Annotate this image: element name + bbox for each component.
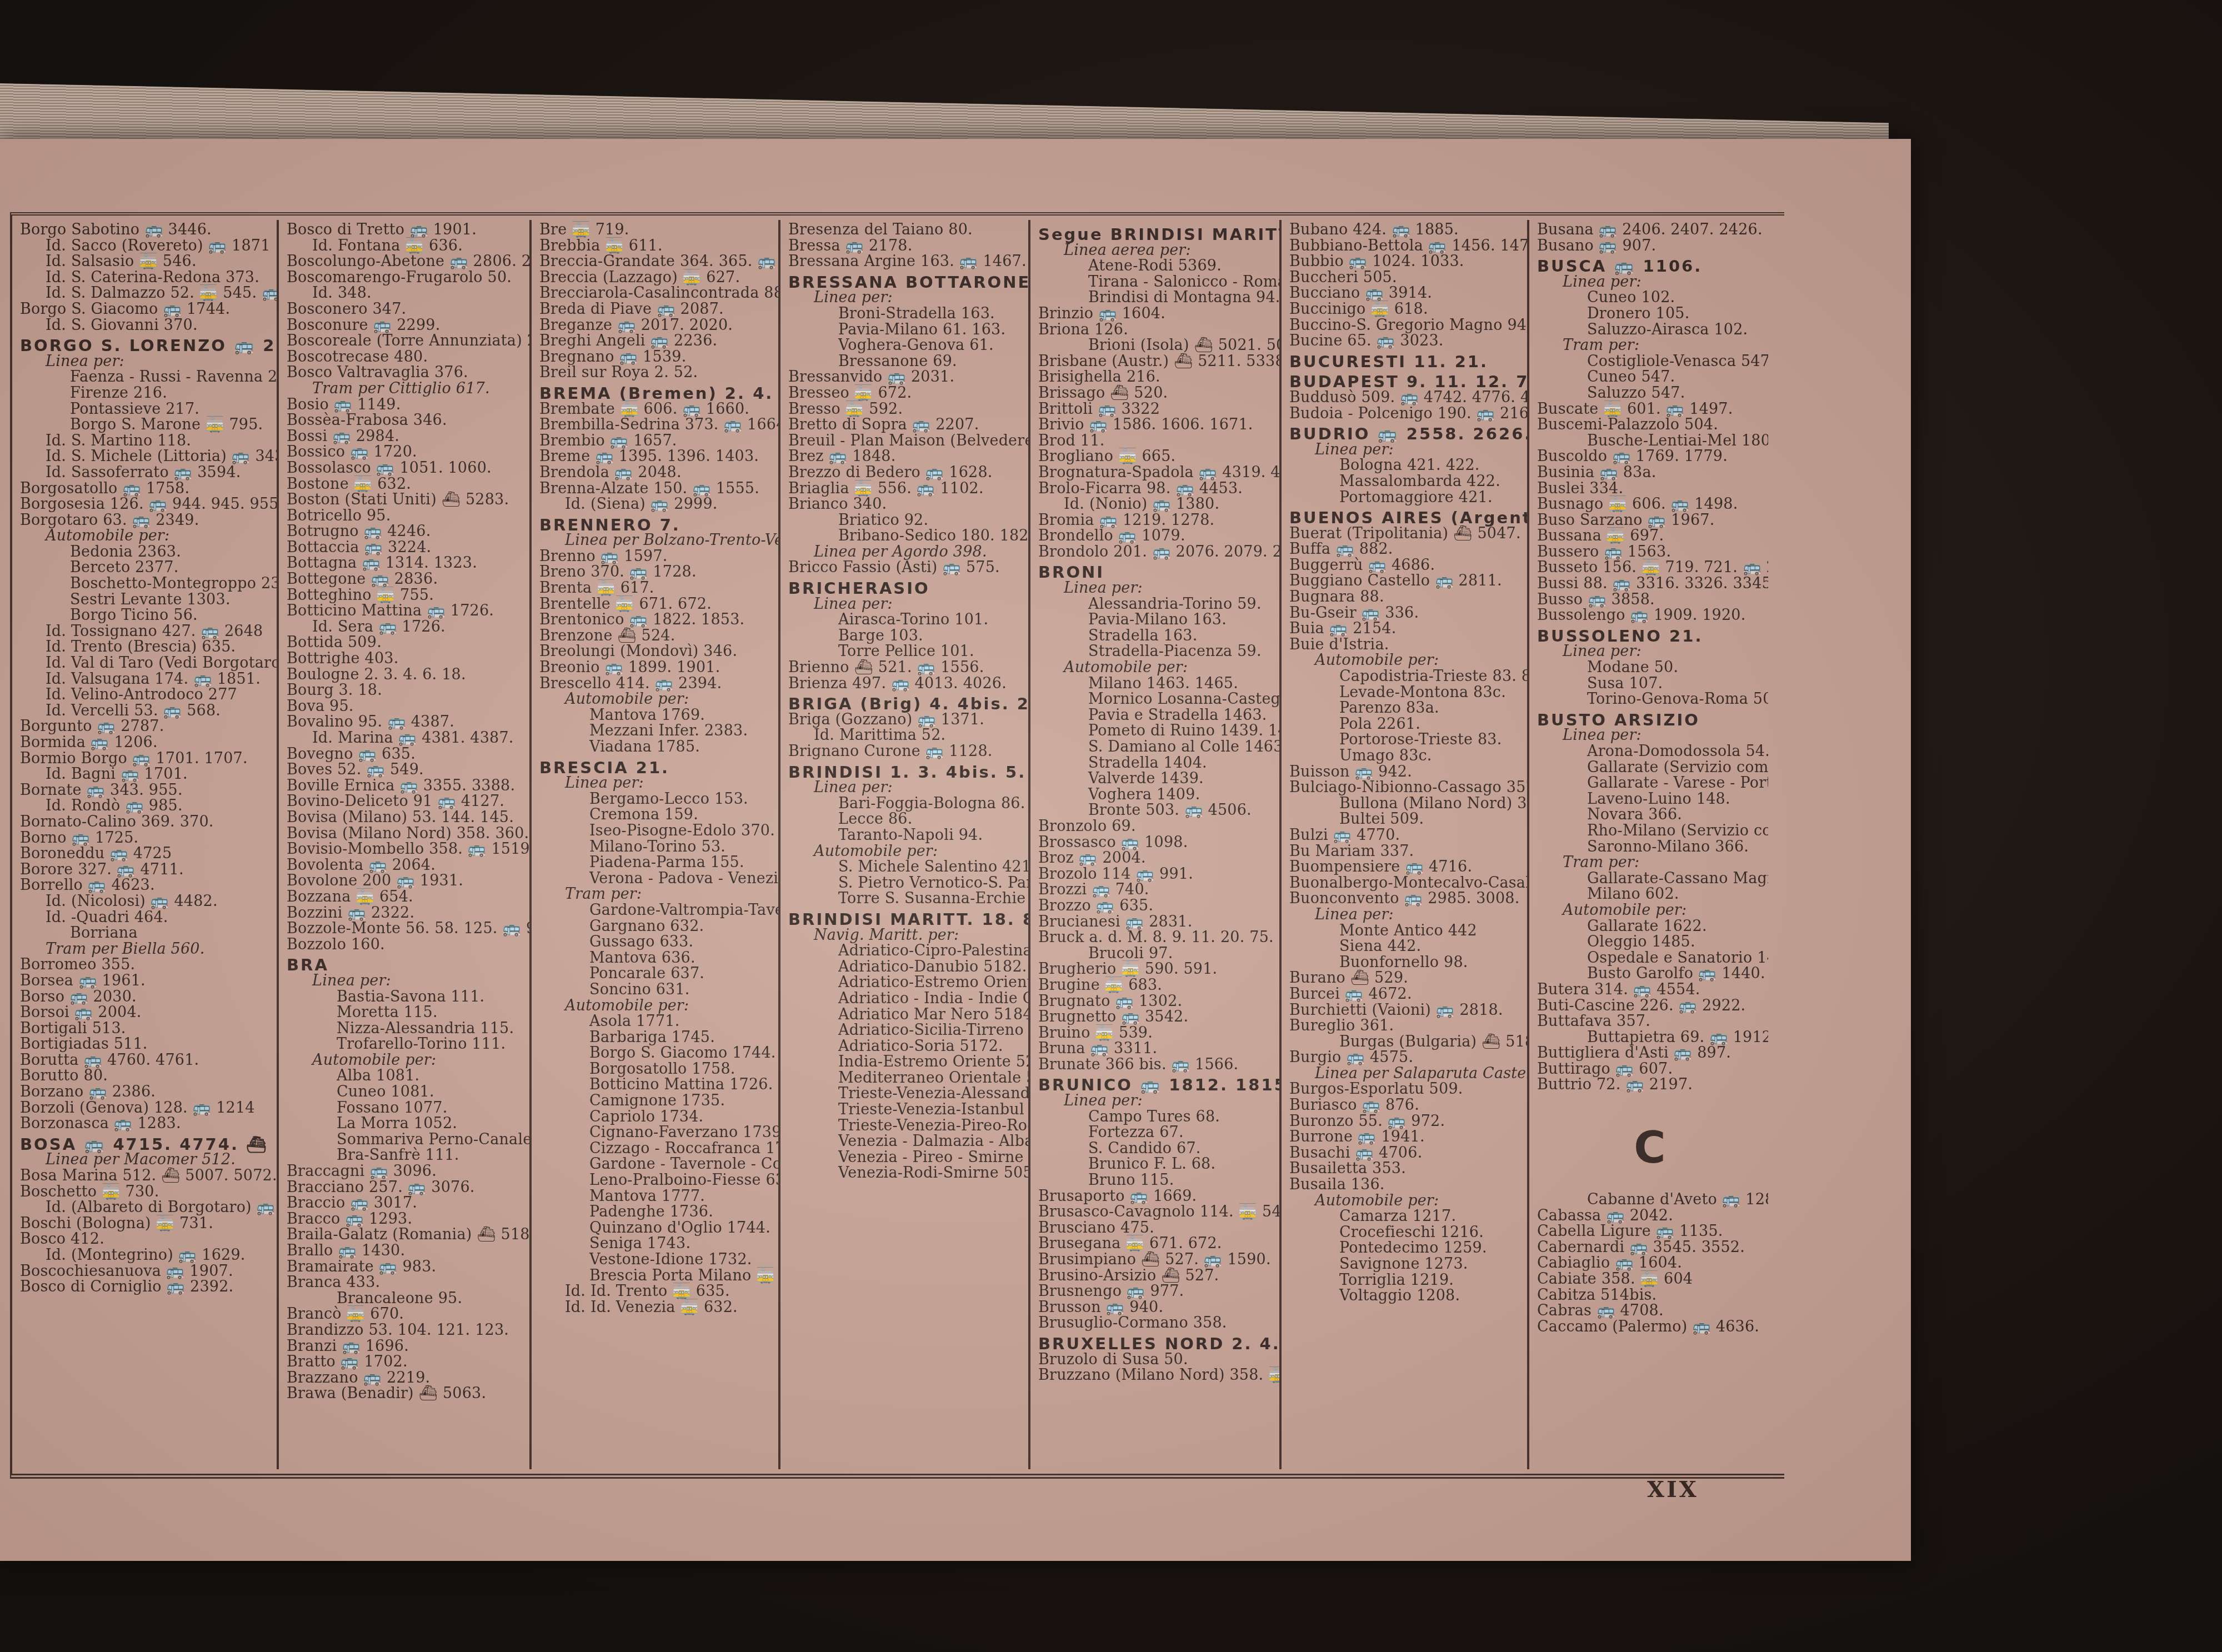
- index-entry: Cremona 159.: [539, 807, 773, 823]
- index-entry: Breonio 🚌 1899. 1901.: [539, 660, 773, 676]
- index-entry: Borso 🚌 2030.: [20, 989, 271, 1005]
- index-entry: Braccagni 🚌 3096.: [287, 1164, 524, 1180]
- index-entry: Breccia (Lazzago) 🚋 627.: [539, 270, 773, 286]
- index-entry: Bressana Argine 163. 🚌 1467.: [788, 254, 1023, 270]
- index-column-3: Bre 🚋 719.Brebbia 🚋 611.Breccia-Grandate…: [532, 220, 780, 1469]
- index-entry: Arona-Domodossola 54.: [1537, 744, 1763, 760]
- index-frame: Borgo Sabotino 🚌 3446.Id. Sacco (Roveret…: [10, 212, 1784, 1479]
- index-entry: Boulogne 2. 3. 4. 6. 18.: [287, 667, 524, 683]
- index-entry: Bozzana 🚋 654.: [287, 889, 524, 905]
- index-entry: Parenzo 83a.: [1289, 700, 1522, 717]
- index-entry: Botrugno 🚌 4246.: [287, 524, 524, 540]
- index-entry: Siena 442.: [1289, 939, 1522, 955]
- index-entry: Brolo-Ficarra 98. 🚌 4453.: [1038, 481, 1274, 497]
- index-entry: Buriasco 🚌 876.: [1289, 1098, 1522, 1114]
- index-entry: Briatico 92.: [788, 513, 1023, 529]
- index-entry: Bottida 509.: [287, 635, 524, 651]
- index-entry: Asola 1771.: [539, 1014, 773, 1030]
- index-entry: Brusciano 475.: [1038, 1220, 1274, 1237]
- index-entry: Lecce 86.: [788, 812, 1023, 828]
- index-entry: Bruck a. d. M. 8. 9. 11. 20. 75.: [1038, 930, 1274, 946]
- index-entry: Boscochiesanuova 🚌 1907.: [20, 1264, 271, 1280]
- index-entry: Brentelle 🚋 671. 672.: [539, 597, 773, 613]
- index-entry: Cuneo 547.: [1537, 369, 1763, 386]
- service-subheading: Linea per:: [788, 780, 1023, 796]
- index-entry: Brozzi 🚌 740.: [1038, 882, 1274, 898]
- index-entry: Novara 366.: [1537, 807, 1763, 823]
- service-subheading: Linea per:: [1537, 644, 1763, 660]
- station-heading: BRESCIA 21.: [539, 760, 773, 776]
- index-entry: Pavia-Milano 163.: [1038, 612, 1274, 628]
- index-entry: Braccio 🚌 3017.: [287, 1195, 524, 1212]
- index-entry: Busailetta 353.: [1289, 1161, 1522, 1177]
- index-entry: Bova 95.: [287, 699, 524, 715]
- station-heading: BRA: [287, 957, 524, 973]
- index-entry: Borriana: [20, 925, 271, 942]
- service-subheading: Linea per:: [1289, 442, 1522, 458]
- index-entry: Oleggio 1485.: [1537, 934, 1763, 950]
- station-heading: BUSTO ARSIZIO: [1537, 712, 1763, 728]
- index-entry: Botticino Mattina 🚌 1726.: [287, 603, 524, 619]
- index-entry: Bubbio 🚌 1024. 1033.: [1289, 254, 1522, 270]
- index-entry: Fortezza 67.: [1038, 1125, 1274, 1141]
- station-heading: BUSCA 🚌 1106.: [1537, 258, 1763, 274]
- index-entry: Borzonasca 🚌 1283.: [20, 1116, 271, 1132]
- index-entry: Brecciarola-Casalincontrada 88.: [539, 286, 773, 302]
- index-entry: Budoia - Polcenigo 190. 🚌 2167.: [1289, 406, 1522, 422]
- station-heading: BRINDISI MARITT. 18. 86.: [788, 912, 1023, 928]
- index-entry: Buscemi-Palazzolo 504.: [1537, 417, 1763, 433]
- index-entry-variant: Id. Valsugana 174. 🚌 1851.: [20, 672, 271, 688]
- index-entry: Monte Antico 442: [1289, 923, 1522, 939]
- index-entry: Venezia - Pireo - Smirne - Rodi-Alessand…: [788, 1150, 1023, 1166]
- index-entry: Bresso 🚋 592.: [788, 402, 1023, 418]
- index-entry-variant: Id. -Quadri 464.: [20, 910, 271, 926]
- index-entry: Briga (Gozzano) 🚌 1371.: [788, 712, 1023, 728]
- index-entry: Cabiate 358. 🚋 604: [1537, 1271, 1763, 1288]
- index-entry: Breolungi (Mondovì) 346.: [539, 644, 773, 660]
- index-entry: Bussero 🚌 1563.: [1537, 544, 1763, 560]
- index-entry: Bu Mariam 337.: [1289, 844, 1522, 860]
- index-entry: Gussago 633.: [539, 934, 773, 950]
- index-entry: Verona - Padova - Venezia 53.: [539, 871, 773, 887]
- index-entry: Seniga 1743.: [539, 1236, 773, 1252]
- service-subheading: Tram per Cittiglio 617.: [287, 381, 524, 397]
- index-entry: Cabiaglio 🚌 1604.: [1537, 1255, 1763, 1271]
- index-entry: Borzoli (Genova) 128. 🚌 1214: [20, 1100, 271, 1117]
- index-entry: Torre S. Susanna-Erchie 4218.: [788, 891, 1023, 907]
- index-entry: Bucciano 🚌 3914.: [1289, 286, 1522, 302]
- index-entry: Brienza 497. 🚌 4013. 4026.: [788, 676, 1023, 692]
- index-entry: Buttirago 🚌 607.: [1537, 1062, 1763, 1078]
- service-subheading: Tram per:: [539, 887, 773, 903]
- index-entry: Borrello 🚌 4623.: [20, 878, 271, 894]
- index-entry: Bribano-Sedico 180. 182. 🚌 1996. 1989. 1…: [788, 528, 1023, 544]
- index-entry-variant: Id. 348.: [287, 286, 524, 302]
- index-entry: Caccamo (Palermo) 🚌 4636.: [1537, 1319, 1763, 1335]
- index-entry-variant: Id. S. Martino 118.: [20, 433, 271, 449]
- index-entry: Brisighella 216.: [1038, 369, 1274, 386]
- index-entry: Portomaggiore 421.: [1289, 490, 1522, 506]
- index-entry: Busche-Lentiai-Mel 180. 182.: [1537, 433, 1763, 449]
- index-entry: Bracciano 257. 🚌 3076.: [287, 1180, 524, 1196]
- index-entry: Brossasco 🚌 1098.: [1038, 835, 1274, 851]
- index-column-4: Bresenza del Taiano 80.Bressa 🚌 2178.Bre…: [780, 220, 1030, 1469]
- index-entry: Mantova 1777.: [539, 1189, 773, 1205]
- index-entry: Susa 107.: [1537, 676, 1763, 692]
- service-subheading: Linea aerea per:: [1038, 243, 1274, 259]
- index-entry: Brentonico 🚌 1822. 1853.: [539, 612, 773, 628]
- index-entry: Trieste-Venezia-Istanbul 5174.: [788, 1102, 1023, 1118]
- index-entry-variant: Id. S. Giovanni 370.: [20, 318, 271, 334]
- index-entry: Valverde 1439.: [1038, 771, 1274, 787]
- index-entry: Padenghe 1736.: [539, 1204, 773, 1220]
- index-entry: Bastia-Savona 111.: [287, 989, 524, 1005]
- service-subheading: Automobile per:: [539, 998, 773, 1014]
- index-entry: Bruno 115.: [1038, 1173, 1274, 1189]
- index-entry: Milano-Torino 53.: [539, 839, 773, 855]
- index-entry: Buisson 🚌 942.: [1289, 764, 1522, 780]
- station-heading: BUCURESTI 11. 21.: [1289, 354, 1522, 370]
- index-column-2: Bosco di Tretto 🚌 1901.Id. Fontana 🚋 636…: [279, 220, 532, 1469]
- index-entry: Borgosatollo 🚌 1758.: [20, 481, 271, 497]
- index-entry: Bosco di Tretto 🚌 1901.: [287, 222, 524, 238]
- index-entry: Borgo S. Giacomo 1744.: [539, 1045, 773, 1062]
- index-entry: Buso Sarzano 🚌 1967.: [1537, 513, 1763, 529]
- index-entry: Massalombarda 422.: [1289, 474, 1522, 490]
- index-entry: Brondolo 201. 🚌 2076. 2079. 2082. 2089.: [1038, 544, 1274, 560]
- index-entry: Tirana - Salonicco - Roma 5360.: [1038, 274, 1274, 291]
- index-entry-variant: Id. Vercelli 53. 🚌 568.: [20, 703, 271, 719]
- index-entry: Cuneo 1081.: [287, 1084, 524, 1100]
- index-entry: Brenno 🚌 1597.: [539, 549, 773, 565]
- index-entry: Bovolone 200 🚌 1931.: [287, 873, 524, 889]
- index-entry: Brozzo 🚌 635.: [1038, 898, 1274, 914]
- index-entry: Borgo Ticino 56.: [20, 608, 271, 624]
- index-entry: Portorose-Trieste 83.: [1289, 732, 1522, 748]
- index-entry: Borgunto 🚌 2787.: [20, 719, 271, 735]
- index-entry: Brittoli 🚌 3322: [1038, 402, 1274, 418]
- index-entry: Bucine 65. 🚌 3023.: [1289, 333, 1522, 349]
- index-entry: Camignone 1735.: [539, 1093, 773, 1109]
- index-entry: Airasca-Torino 101.: [788, 612, 1023, 628]
- index-entry: Busano 🚌 907.: [1537, 238, 1763, 254]
- index-entry: Vestone-Idione 1732.: [539, 1252, 773, 1268]
- index-entry: Bourg 3. 18.: [287, 683, 524, 699]
- index-entry: Brugnato 🚌 1302.: [1038, 994, 1274, 1010]
- index-entry: Bressa 🚌 2178.: [788, 238, 1023, 254]
- index-entry: Bosco di Corniglio 🚌 2392.: [20, 1279, 271, 1295]
- index-entry: Fossano 1077.: [287, 1100, 524, 1117]
- index-entry: Soncino 631.: [539, 982, 773, 998]
- index-entry: Buffa 🚌 882.: [1289, 542, 1522, 558]
- index-entry: Bronte 503. 🚌 4506.: [1038, 803, 1274, 819]
- index-entry: Brinzio 🚌 1604.: [1038, 306, 1274, 322]
- index-entry: Cabella Ligure 🚌 1135.: [1537, 1224, 1763, 1240]
- index-entry-variant: Id. S. Dalmazzo 52. 🚋 545. 🚌 1103.: [20, 286, 271, 302]
- station-heading: BUDAPEST 9. 11. 12. 75. 76. ✈ 5362.: [1289, 374, 1522, 390]
- index-entry: Quinzano d'Oglio 1744.: [539, 1220, 773, 1237]
- index-entry: Bornate 🚌 343. 955.: [20, 783, 271, 799]
- index-entry: S. Candido 67.: [1038, 1141, 1274, 1157]
- index-entry: Brod 11.: [1038, 433, 1274, 449]
- index-entry: Burrone 🚌 1941.: [1289, 1129, 1522, 1145]
- index-entry: Busana 🚌 2406. 2407. 2426. 2434.: [1537, 222, 1763, 238]
- index-entry: Breno 370. 🚌 1728.: [539, 564, 773, 580]
- index-entry: Brenta 🚋 617.: [539, 580, 773, 597]
- index-entry: Buslei 334.: [1537, 481, 1763, 497]
- index-entry: Bruzolo di Susa 50.: [1038, 1352, 1274, 1368]
- index-entry: Campo Tures 68.: [1038, 1109, 1274, 1125]
- index-entry: Gallarate 1622.: [1537, 919, 1763, 935]
- index-column-7: Busana 🚌 2406. 2407. 2426. 2434.Busano 🚌…: [1529, 220, 1768, 1469]
- service-subheading: Linea per:: [287, 973, 524, 989]
- station-heading: BRESSANA BOTTARONE: [788, 274, 1023, 291]
- index-entry: Saluzzo-Airasca 102.: [1537, 322, 1763, 338]
- index-entry: Bovalino 95. 🚌 4387.: [287, 714, 524, 730]
- index-entry: Bossico 🚌 1720.: [287, 444, 524, 460]
- index-entry: Borgo Sabotino 🚌 3446.: [20, 222, 271, 238]
- index-entry: Bretto di Sopra 🚌 2207.: [788, 417, 1023, 433]
- index-entry: Brusaporto 🚌 1669.: [1038, 1189, 1274, 1205]
- index-entry: Cabanne d'Aveto 🚌 1283.: [1537, 1192, 1763, 1208]
- service-subheading: Linea per:: [20, 354, 271, 370]
- index-entry: Breganze 🚌 2017. 2020.: [539, 318, 773, 334]
- index-entry: Bressanone 69.: [788, 354, 1023, 370]
- index-entry: Pola 2261.: [1289, 717, 1522, 733]
- index-entry: Borgo S. Giacomo 🚌 1744.: [20, 302, 271, 318]
- index-entry: Adriatico-Sicilia-Tirreno 5162.: [788, 1023, 1023, 1039]
- index-entry: Bormio Borgo 🚌 1701. 1707.: [20, 751, 271, 767]
- index-entry: Brendola 🚌 2048.: [539, 465, 773, 481]
- index-entry-variant: Id. Rondò 🚌 985.: [20, 798, 271, 814]
- index-entry: Brisbane (Austr.) ⛴ 5211. 5338: [1038, 354, 1274, 370]
- index-entry: Mantova 636.: [539, 950, 773, 967]
- index-entry: Buompensiere 🚌 4716.: [1289, 859, 1522, 875]
- index-entry: Bruino 🚋 539.: [1038, 1025, 1274, 1042]
- index-entry: Trieste-Venezia-Alessandria 5152.: [788, 1086, 1023, 1102]
- index-entry: Brallo 🚌 1430.: [287, 1243, 524, 1259]
- index-entry: Broni-Stradella 163.: [788, 306, 1023, 322]
- index-entry: Bubbiano-Bettola 🚌 1456. 1479.: [1289, 238, 1522, 254]
- index-entry: Bruna 🚌 3311.: [1038, 1041, 1274, 1057]
- index-entry: Bovolenta 🚌 2064.: [287, 858, 524, 874]
- index-entry: Milano 602.: [1537, 887, 1763, 903]
- index-entry: Brusnengo 🚌 977.: [1038, 1284, 1274, 1300]
- index-entry: S. Michele Salentino 4217: [788, 859, 1023, 875]
- index-entry: Boschetto 🚋 730.: [20, 1184, 271, 1200]
- station-heading: BRENNERO 7.: [539, 517, 773, 533]
- index-entry: Bracco 🚌 1293.: [287, 1212, 524, 1228]
- index-entry: Bovisio-Mombello 358. 🚌 1519.: [287, 842, 524, 858]
- index-entry-variant: Id. Sassoferrato 🚌 3594.: [20, 465, 271, 481]
- service-subheading: Linea per:: [539, 775, 773, 792]
- index-entry: Brembilla-Sedrina 373. 🚌 1664.: [539, 417, 773, 433]
- index-entry: Pavia-Milano 61. 163.: [788, 322, 1023, 338]
- index-entry: Bortigali 513.: [20, 1021, 271, 1037]
- service-subheading: Navig. Maritt. per:: [788, 928, 1023, 944]
- index-entry: Gallarate-Cassano Magnago 602.: [1537, 871, 1763, 887]
- index-entry: Bostone 🚋 632.: [287, 477, 524, 493]
- index-entry: Bosco Valtravaglia 376.: [287, 365, 524, 381]
- index-column-5: Segue BRINDISI MARITT.Linea aerea per:At…: [1030, 220, 1282, 1469]
- index-entry: Bozzini 🚌 2322.: [287, 905, 524, 922]
- index-entry: Bovegno 🚌 635.: [287, 747, 524, 763]
- index-entry: Brunico F. L. 68.: [1038, 1157, 1274, 1173]
- index-entry: Voghera-Genova 61.: [788, 338, 1023, 354]
- index-entry: Dronero 105.: [1537, 306, 1763, 322]
- index-entry: Buscoldo 🚌 1769. 1779.: [1537, 449, 1763, 465]
- index-entry: Brucoli 97.: [1038, 946, 1274, 962]
- index-entry: Bosconero 347.: [287, 302, 524, 318]
- index-entry: Atene-Rodi 5369.: [1038, 258, 1274, 274]
- index-entry: Breda di Piave 🚌 2087.: [539, 302, 773, 318]
- index-entry: La Morra 1052.: [287, 1116, 524, 1132]
- index-entry: Gallarate - Varese - Porto Ceresio 144.: [1537, 775, 1763, 792]
- index-entry: Buddusò 509. 🚌 4742. 4776. 4778. 4779.: [1289, 390, 1522, 406]
- index-entry: Brazzano 🚌 2219.: [287, 1370, 524, 1386]
- index-entry: Breghi Angeli 🚌 2236.: [539, 333, 773, 349]
- service-subheading: Automobile per:: [1289, 1193, 1522, 1209]
- index-entry: Brembio 🚌 1657.: [539, 433, 773, 449]
- index-entry: Bovisa (Milano) 53. 144. 145.: [287, 810, 524, 826]
- index-entry: Burcei 🚌 4672.: [1289, 987, 1522, 1003]
- index-entry: Busto Garolfo 🚌 1440. 1447.: [1537, 966, 1763, 982]
- index-entry: Botricello 95.: [287, 508, 524, 524]
- index-entry: Bologna 421. 422.: [1289, 458, 1522, 474]
- index-entry: Taranto-Napoli 94.: [788, 828, 1023, 844]
- index-entry: Brignano Curone 🚌 1128.: [788, 744, 1023, 760]
- index-entry: Buccino-S. Gregorio Magno 94. 🚌 3990. 40…: [1289, 318, 1522, 334]
- index-entry: Busaila 136.: [1289, 1177, 1522, 1193]
- index-entry: Iseo-Pisogne-Edolo 370.: [539, 823, 773, 839]
- index-entry: Brescello 414. 🚌 2394.: [539, 676, 773, 692]
- index-entry: Buggiano Castello 🚌 2811.: [1289, 573, 1522, 589]
- index-entry: Saronno-Milano 366.: [1537, 839, 1763, 855]
- index-entry-variant: Id. (Montegrino) 🚌 1629.: [20, 1248, 271, 1264]
- index-entry: Buronzo 55. 🚌 972.: [1289, 1114, 1522, 1130]
- index-entry: Bultei 509.: [1289, 812, 1522, 828]
- index-entry: Butera 314. 🚌 4554.: [1537, 982, 1763, 998]
- index-entry: Brebbia 🚋 611.: [539, 238, 773, 254]
- index-entry: Brognatura-Spadola 🚌 4319. 4354.: [1038, 465, 1274, 481]
- index-entry: Ospedale e Sanatorio 1477.: [1537, 950, 1763, 967]
- index-entry-variant: Id. Val di Taro (Vedi Borgotaro).: [20, 655, 271, 672]
- index-entry: Bovino-Deliceto 91 🚌 4127.: [287, 794, 524, 810]
- index-entry: Brusson 🚌 940.: [1038, 1300, 1274, 1316]
- index-entry: Brancaleone 95.: [287, 1291, 524, 1307]
- index-entry: Bovisa (Milano Nord) 358. 360.: [287, 826, 524, 842]
- index-entry-variant: Id. (Nicolosi) 🚌 4482.: [20, 894, 271, 910]
- service-subheading: Automobile per:: [1038, 660, 1274, 676]
- index-entry: Milano 1463. 1465.: [1038, 676, 1274, 692]
- index-entry: Bussi 88. 🚌 3316. 3326. 3345. 3347.: [1537, 576, 1763, 592]
- index-entry-variant: Id. Tossignano 427. 🚌 2648: [20, 624, 271, 640]
- index-entry: Capodistria-Trieste 83. 83a. 2261.: [1289, 669, 1522, 685]
- index-entry-variant: Id. (Albareto di Borgotaro) 🚌 2376.: [20, 1200, 271, 1216]
- station-heading: BORGO S. LORENZO 🚌 2722. 2940.: [20, 338, 271, 354]
- index-entry: Firenze 216.: [20, 386, 271, 402]
- index-entry: Cizzago - Roccafranca 1729.: [539, 1141, 773, 1157]
- index-entry: Barge 103.: [788, 628, 1023, 644]
- index-entry: Borore 327. 🚌 4711.: [20, 862, 271, 878]
- index-entry: Bregnano 🚌 1539.: [539, 349, 773, 366]
- index-entry: Brogliano 🚋 665.: [1038, 449, 1274, 465]
- index-entry: Bre 🚋 719.: [539, 222, 773, 238]
- index-entry: Pometo di Ruino 1439. 1465: [1038, 723, 1274, 739]
- index-entry: Bruzzano (Milano Nord) 358. 🚋 594.: [1038, 1368, 1274, 1384]
- index-entry-variant: Id. Marina 🚌 4381. 4387.: [287, 730, 524, 747]
- index-entry: Brenna-Alzate 150. 🚌 1555.: [539, 481, 773, 497]
- index-entry: Bottaccia 🚌 3224.: [287, 540, 524, 556]
- index-entry: Businia 🚌 83a.: [1537, 465, 1763, 481]
- index-entry: Alessandria-Torino 59.: [1038, 597, 1274, 613]
- service-subheading: Linea per:: [1537, 728, 1763, 744]
- index-entry: Capriolo 1734.: [539, 1109, 773, 1125]
- index-entry: Brindisi di Montagna 94.: [1038, 290, 1274, 306]
- station-heading: BUENOS AIRES (Argentina) ⛴ 5312. 5338.: [1289, 510, 1522, 526]
- index-entry-variant: Id. Bagni 🚌 1701.: [20, 767, 271, 783]
- index-entry: Sestri Levante 1303.: [20, 592, 271, 608]
- index-entry: Bergamo-Lecco 153.: [539, 792, 773, 808]
- index-entry: Bosa Marina 512. ⛴ 5007. 5072.: [20, 1168, 271, 1184]
- index-entry: Bosco 412.: [20, 1232, 271, 1248]
- index-entry: Boscomarengo-Frugarolo 50.: [287, 270, 524, 286]
- index-entry: Cabitza 514bis.: [1537, 1288, 1763, 1304]
- index-entry: Burgas (Bulgaria) ⛴ 5181. 5182. 5183. 51…: [1289, 1034, 1522, 1050]
- index-entry: Barbariga 1745.: [539, 1030, 773, 1046]
- index-entry: Buia 🚌 2154.: [1289, 621, 1522, 637]
- index-entry: Bullona (Milano Nord) 358. 360.: [1289, 796, 1522, 812]
- index-entry: Adriatico-Estremo Oriente 5207.: [788, 975, 1023, 991]
- index-entry: Cabras 🚌 4708.: [1537, 1303, 1763, 1319]
- index-entry: Brescia Porta Milano 🚋 633. 635.: [539, 1268, 773, 1284]
- index-entry: Brancò 🚋 670.: [287, 1306, 524, 1323]
- index-entry: Buttapietra 69. 🚌 1912.: [1537, 1030, 1763, 1046]
- index-entry: Cignano-Faverzano 1739.: [539, 1125, 773, 1141]
- index-entry: Botticino Mattina 1726.: [539, 1077, 773, 1093]
- index-entry: Piadena-Parma 155.: [539, 855, 773, 871]
- service-subheading: Linea per:: [788, 597, 1023, 613]
- index-entry: Bu-Gseir 🚌 336.: [1289, 605, 1522, 622]
- index-entry: Brusino-Arsizio ⛴ 527.: [1038, 1268, 1274, 1284]
- index-entry-variant: Id. Velino-Antrodoco 277: [20, 687, 271, 703]
- index-entry: Borromeo 355.: [20, 957, 271, 973]
- index-entry: Burano ⛴ 529.: [1289, 970, 1522, 987]
- service-subheading: Automobile per:: [788, 844, 1023, 860]
- section-letter: C: [1537, 1118, 1763, 1179]
- service-subheading: Linea per:: [1537, 274, 1763, 291]
- index-entry: Buonalbergo-Montecalvo-Casalbore 91. 🚌 3…: [1289, 875, 1522, 892]
- index-entry: Bari-Foggia-Bologna 86.: [788, 796, 1023, 812]
- index-entry: Berceto 2377.: [20, 560, 271, 576]
- index-entry: Torino-Genova-Roma 50.: [1537, 692, 1763, 708]
- index-entry: Brenzone ⛴ 524.: [539, 628, 773, 644]
- index-entry: Gallarate (Servizio completo) 145.: [1537, 760, 1763, 776]
- index-entry: Bulciago-Nibionno-Cassago 357: [1289, 780, 1522, 796]
- index-entry-variant: Id. Id. Trento 🚋 635.: [539, 1284, 773, 1300]
- index-entry: Breil sur Roya 2. 52.: [539, 365, 773, 381]
- index-entry-variant: Id. Id. Venezia 🚋 632.: [539, 1300, 773, 1316]
- service-subheading: Linea per Macomer 512.: [20, 1152, 271, 1168]
- index-entry: Buttrio 72. 🚌 2197.: [1537, 1077, 1763, 1093]
- index-entry: Brunate 366 bis. 🚌 1566.: [1038, 1057, 1274, 1073]
- index-column-6: Bubano 424. 🚌 1885.Bubbiano-Bettola 🚌 14…: [1282, 220, 1529, 1469]
- index-entry-variant: Id. Sacco (Rovereto) 🚌 1871: [20, 238, 271, 254]
- index-entry: Rho-Milano (Servizio completo) 145.: [1537, 823, 1763, 839]
- index-entry: Brez 🚌 1848.: [788, 449, 1023, 465]
- index-entry-variant: Id. Trento (Brescia) 635.: [20, 639, 271, 655]
